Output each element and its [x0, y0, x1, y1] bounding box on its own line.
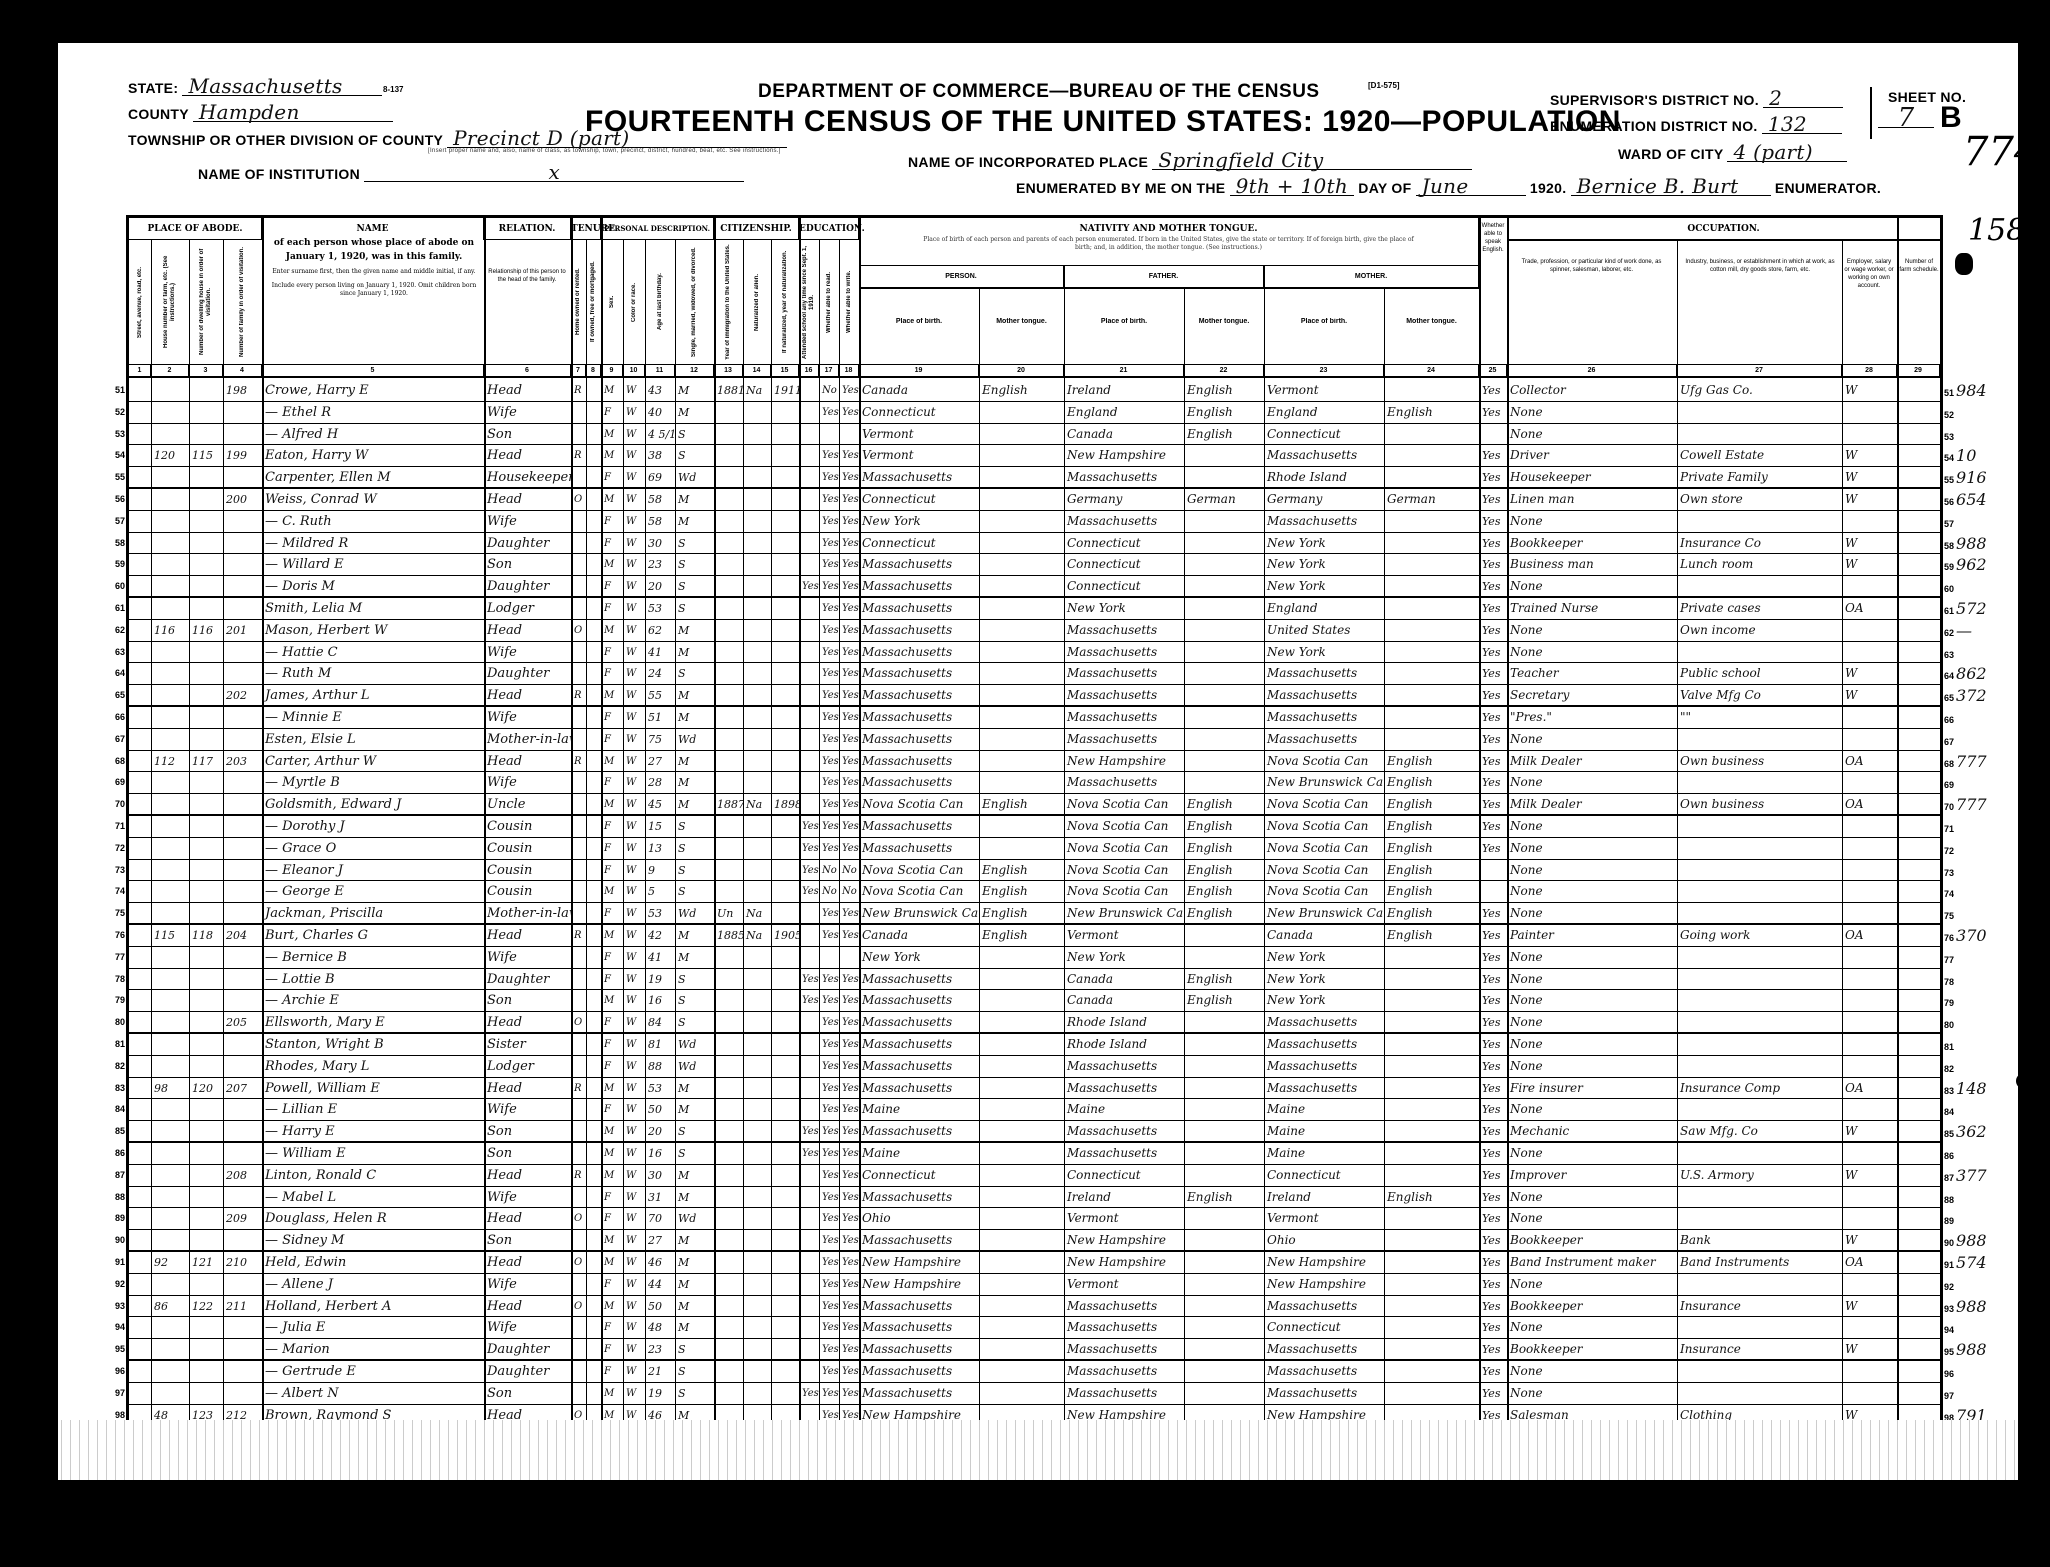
cell-fpob: New Hampshire	[1064, 445, 1184, 466]
right-line-number: 96	[1944, 1361, 2020, 1385]
cell-nat	[743, 1296, 771, 1317]
cell-school: Yes	[799, 860, 819, 881]
cell-nat	[743, 554, 771, 575]
cell-mtongue	[1384, 990, 1479, 1011]
header-c4: Number of family in order of visitation.	[224, 242, 261, 362]
cell-mpob: Maine	[1264, 1099, 1384, 1120]
cell-write: Yes	[839, 1056, 859, 1077]
cell-school	[799, 402, 819, 423]
cell-marital: S	[675, 881, 714, 902]
cell-read: Yes	[819, 576, 839, 596]
cell-speak: Yes	[1479, 1034, 1507, 1055]
cell-age: 27	[645, 1230, 675, 1250]
cell-mpob: Germany	[1264, 489, 1384, 510]
cell-age: 53	[645, 598, 675, 619]
cell-house	[151, 1208, 189, 1229]
cell-occ: None	[1507, 1012, 1677, 1032]
cell-marital: S	[675, 424, 714, 445]
cell-pob: Massachusetts	[859, 467, 979, 487]
column-number: 16	[799, 365, 819, 377]
cell-write: Yes	[839, 772, 859, 793]
cell-natyr	[771, 424, 799, 445]
right-line-number: 57	[1944, 511, 2020, 535]
column-number: 14	[743, 365, 771, 377]
cell-tongue	[979, 511, 1064, 532]
cell-age: 27	[645, 751, 675, 772]
mother-tongue-header: Mother tongue.	[1384, 318, 1479, 325]
cell-emp: W	[1842, 533, 1897, 554]
cell-age: 23	[645, 554, 675, 575]
cell-speak: Yes	[1479, 1121, 1507, 1141]
cell-name: — Doris M	[262, 576, 484, 596]
cell-tongue	[979, 685, 1064, 705]
nativity-divider	[859, 288, 1479, 289]
right-line-number: 64862	[1944, 663, 2020, 687]
cell-immig	[714, 1056, 743, 1077]
cell-relation: Wife	[484, 1187, 571, 1208]
cell-emp: W	[1842, 685, 1897, 705]
right-line-number: 55916	[1944, 467, 2020, 491]
cell-read: Yes	[819, 1208, 839, 1229]
table-row: 75Jackman, PriscillaMother-in-lawFW53WdU…	[129, 903, 1940, 925]
cell-school	[799, 642, 819, 663]
line-number-right: 79	[1944, 998, 1954, 1008]
cell-tenure	[571, 903, 586, 923]
cell-natyr	[771, 1143, 799, 1164]
cell-sex: M	[601, 794, 623, 814]
cell-race: W	[623, 1208, 645, 1229]
cell-immig	[714, 772, 743, 793]
cell-occ: None	[1507, 620, 1677, 641]
cell-read: Yes	[819, 1078, 839, 1099]
table-row: 58— Mildred RDaughterFW30SYesYesConnecti…	[129, 533, 1940, 555]
trade-header: Trade, profession, or particular kind of…	[1514, 258, 1669, 274]
cell-mtongue	[1384, 1383, 1479, 1404]
cell-house	[151, 402, 189, 423]
line-number-right: 69	[1944, 780, 1954, 790]
cell-read: Yes	[819, 1230, 839, 1250]
cell-race: W	[623, 1296, 645, 1317]
cell-tongue	[979, 1383, 1064, 1404]
punch-hole-mark	[2016, 1073, 2032, 1089]
cell-school	[799, 903, 819, 923]
cell-speak: Yes	[1479, 969, 1507, 990]
cell-family	[223, 1121, 262, 1141]
cell-school	[799, 1208, 819, 1229]
cell-school: Yes	[799, 1143, 819, 1164]
cell-emp	[1842, 772, 1897, 793]
cell-mpob: England	[1264, 598, 1384, 619]
cell-tenure	[571, 402, 586, 423]
cell-occ: None	[1507, 729, 1677, 750]
cell-dwelling	[189, 1317, 223, 1338]
cell-tenure	[571, 1034, 586, 1055]
cell-relation: Mother-in-law	[484, 729, 571, 750]
cell-immig	[714, 1339, 743, 1359]
cell-age: 50	[645, 1099, 675, 1120]
cell-nat	[743, 511, 771, 532]
cell-pob: Massachusetts	[859, 1296, 979, 1317]
cell-natyr	[771, 1208, 799, 1229]
cell-fpob: New Brunswick Can	[1064, 903, 1184, 923]
cell-family	[223, 1317, 262, 1338]
line-number-right: 68	[1944, 759, 1954, 769]
cell-immig	[714, 1078, 743, 1099]
form-number: 8-137	[383, 85, 403, 94]
cell-read: No	[819, 881, 839, 902]
cell-fpob: England	[1064, 402, 1184, 423]
cell-natyr	[771, 990, 799, 1011]
cell-fpob: Vermont	[1064, 1274, 1184, 1295]
cell-ind	[1677, 729, 1842, 750]
cell-ftongue	[1184, 554, 1264, 575]
cell-race: W	[623, 402, 645, 423]
line-number: 52	[105, 402, 125, 423]
cell-tenure	[571, 1383, 586, 1404]
cell-tenure: R	[571, 925, 586, 946]
cell-nat	[743, 947, 771, 968]
right-line-number: 86	[1944, 1143, 2020, 1167]
enumeration-district-field: ENUMERATION DISTRICT NO. 132	[1550, 115, 1842, 134]
cell-pob: Connecticut	[859, 1165, 979, 1186]
cell-emp	[1842, 881, 1897, 902]
cell-ftongue	[1184, 707, 1264, 728]
cell-tongue	[979, 1056, 1064, 1077]
cell-sex: M	[601, 1383, 623, 1404]
header-c10: Color or race.	[624, 242, 644, 362]
cell-tenure	[571, 1317, 586, 1338]
cell-house	[151, 816, 189, 837]
cell-relation: Son	[484, 1230, 571, 1250]
cell-mpob: Maine	[1264, 1121, 1384, 1141]
cell-occ: None	[1507, 1274, 1677, 1295]
header-c8: If owned, free or mortgaged.	[587, 242, 600, 362]
occupation-code: 377	[1956, 1166, 1987, 1185]
occupation-code: 10	[1956, 446, 1976, 465]
column-number: 15	[771, 365, 799, 377]
cell-speak: Yes	[1479, 445, 1507, 466]
cell-dwelling	[189, 424, 223, 445]
cell-tenure	[571, 1230, 586, 1250]
cell-name: — Archie E	[262, 990, 484, 1011]
cell-fpob: Canada	[1064, 969, 1184, 990]
cell-pob: Vermont	[859, 424, 979, 445]
cell-read: Yes	[819, 685, 839, 705]
cell-relation: Head	[484, 1078, 571, 1099]
cell-dwelling	[189, 816, 223, 837]
cell-mtongue: English	[1384, 751, 1479, 772]
group-nativity: NATIVITY AND MOTHER TONGUE. Place of bir…	[859, 218, 1479, 266]
cell-mpob: Massachusetts	[1264, 511, 1384, 532]
right-line-number: 69	[1944, 772, 2020, 796]
line-number-right: 85	[1944, 1129, 1954, 1139]
incorporated-label: NAME OF INCORPORATED PLACE	[908, 154, 1148, 170]
cell-read: Yes	[819, 772, 839, 793]
cell-immig	[714, 1143, 743, 1164]
cell-age: 75	[645, 729, 675, 750]
cell-read: Yes	[819, 1165, 839, 1186]
cell-family	[223, 860, 262, 881]
cell-natyr	[771, 489, 799, 510]
header-c14: Naturalized or alien.	[744, 242, 770, 362]
cell-immig	[714, 620, 743, 641]
cell-immig	[714, 1252, 743, 1273]
cell-family	[223, 663, 262, 684]
cell-immig	[714, 576, 743, 596]
cell-house	[151, 729, 189, 750]
right-line-number: 59962	[1944, 554, 2020, 578]
table-row: 89209Douglass, Helen RHeadOFW70WdYesYesO…	[129, 1208, 1940, 1230]
cell-write: Yes	[839, 1165, 859, 1186]
incorporated-place-field: NAME OF INCORPORATED PLACE Springfield C…	[908, 151, 1472, 170]
table-row: 8398120207Powell, William EHeadRMW53MYes…	[129, 1078, 1940, 1100]
table-row: 77— Bernice BWifeFW41MNew YorkNew YorkNe…	[129, 947, 1940, 969]
cell-house	[151, 1339, 189, 1359]
cell-pob: Massachusetts	[859, 1187, 979, 1208]
cell-race: W	[623, 576, 645, 596]
cell-ind	[1677, 816, 1842, 837]
cell-read: Yes	[819, 729, 839, 750]
cell-write: Yes	[839, 620, 859, 641]
cell-ftongue: English	[1184, 903, 1264, 923]
line-number-right: 67	[1944, 737, 1954, 747]
cell-school	[799, 380, 819, 401]
cell-age: 15	[645, 816, 675, 837]
cell-race: W	[623, 772, 645, 793]
mother-pob-header: Place of birth.	[1264, 318, 1384, 325]
cell-nat	[743, 489, 771, 510]
cell-marital: M	[675, 380, 714, 401]
cell-natyr	[771, 445, 799, 466]
line-number-right: 71	[1944, 824, 1954, 834]
cell-immig	[714, 402, 743, 423]
table-row: 67Esten, Elsie LMother-in-lawFW75WdYesYe…	[129, 729, 1940, 751]
cell-speak: Yes	[1479, 1274, 1507, 1295]
cell-tenure: R	[571, 445, 586, 466]
cell-occ: None	[1507, 424, 1677, 445]
cell-pob: Massachusetts	[859, 1317, 979, 1338]
table-row: 70Goldsmith, Edward JUncleMW45M1887Na189…	[129, 794, 1940, 816]
cell-tenure	[571, 576, 586, 596]
cell-write: Yes	[839, 685, 859, 705]
cell-ftongue	[1184, 467, 1264, 487]
cell-school: Yes	[799, 816, 819, 837]
department-title: DEPARTMENT OF COMMERCE—BUREAU OF THE CEN…	[758, 81, 1320, 103]
cell-write: Yes	[839, 1230, 859, 1250]
cell-dwelling	[189, 685, 223, 705]
cell-name: Carpenter, Ellen M	[262, 467, 484, 487]
cell-school	[799, 489, 819, 510]
cell-emp: W	[1842, 1121, 1897, 1141]
column-number: 6	[484, 365, 571, 377]
cell-nat	[743, 533, 771, 554]
table-row: 78— Lottie BDaughterFW19SYesYesYesMassac…	[129, 969, 1940, 991]
cell-ind	[1677, 1056, 1842, 1077]
cell-relation: Head	[484, 445, 571, 466]
cell-natyr	[771, 860, 799, 881]
line-number: 90	[105, 1230, 125, 1251]
cell-sex: F	[601, 467, 623, 487]
cell-emp	[1842, 1383, 1897, 1404]
cell-race: W	[623, 489, 645, 510]
cell-natyr	[771, 1252, 799, 1273]
cell-race: W	[623, 903, 645, 923]
cell-read: Yes	[819, 1274, 839, 1295]
header-c25: Whether able to speak English.	[1481, 222, 1505, 254]
cell-pob: Massachusetts	[859, 1230, 979, 1250]
cell-ftongue: English	[1184, 860, 1264, 881]
scan-edge-noise	[58, 1420, 2018, 1480]
cell-tenure	[571, 772, 586, 793]
cell-emp: OA	[1842, 794, 1897, 814]
cell-emp	[1842, 620, 1897, 641]
cell-mtongue: English	[1384, 772, 1479, 793]
cell-name: James, Arthur L	[262, 685, 484, 705]
cell-fpob: Massachusetts	[1064, 663, 1184, 684]
right-line-number: 68777	[1944, 751, 2020, 775]
cell-tongue	[979, 1099, 1064, 1120]
cell-age: 48	[645, 1317, 675, 1338]
cell-read: Yes	[819, 445, 839, 466]
line-number-right: 78	[1944, 977, 1954, 987]
cell-fpob: Massachusetts	[1064, 1361, 1184, 1382]
cell-sex: M	[601, 1252, 623, 1273]
cell-sex: F	[601, 903, 623, 923]
cell-mpob: New York	[1264, 642, 1384, 663]
occupation-code: 862	[1956, 664, 1987, 683]
cell-sex: F	[601, 1274, 623, 1295]
cell-school	[799, 1339, 819, 1359]
cell-tenure	[571, 990, 586, 1011]
cell-school	[799, 598, 819, 619]
cell-age: 58	[645, 489, 675, 510]
cell-family: 204	[223, 925, 262, 946]
cell-mtongue: English	[1384, 1187, 1479, 1208]
cell-tongue	[979, 1274, 1064, 1295]
cell-house: 120	[151, 445, 189, 466]
cell-ind: Private cases	[1677, 598, 1842, 619]
line-number: 59	[105, 554, 125, 575]
cell-name: — Myrtle B	[262, 772, 484, 793]
line-number: 51	[105, 380, 125, 401]
cell-mpob: Canada	[1264, 925, 1384, 946]
right-line-number: 82	[1944, 1056, 2020, 1080]
line-number: 75	[105, 903, 125, 924]
cell-house	[151, 1383, 189, 1404]
right-line-number: 61572	[1944, 598, 2020, 622]
cell-read: Yes	[819, 794, 839, 814]
table-row: 85— Harry ESonMW20SYesYesYesMassachusett…	[129, 1121, 1940, 1143]
header-text: House number or farm, etc. (See instruct…	[163, 242, 177, 362]
cell-age: 53	[645, 903, 675, 923]
cell-house	[151, 576, 189, 596]
cell-tongue	[979, 729, 1064, 750]
cell-sex: F	[601, 860, 623, 881]
cell-natyr	[771, 816, 799, 837]
cell-pob: Massachusetts	[859, 707, 979, 728]
cell-nat	[743, 467, 771, 487]
column-number: 24	[1384, 365, 1479, 377]
cell-age: 45	[645, 794, 675, 814]
cell-age: 28	[645, 772, 675, 793]
cell-write: Yes	[839, 1317, 859, 1338]
cell-race: W	[623, 1099, 645, 1120]
cell-nat	[743, 881, 771, 902]
cell-relation: Head	[484, 489, 571, 510]
cell-immig	[714, 1361, 743, 1382]
cell-nat	[743, 1317, 771, 1338]
cell-occ: Milk Dealer	[1507, 794, 1677, 814]
cell-speak: Yes	[1479, 620, 1507, 641]
cell-dwelling	[189, 642, 223, 663]
cell-marital: S	[675, 1121, 714, 1141]
cell-speak: Yes	[1479, 663, 1507, 684]
cell-dwelling: 122	[189, 1296, 223, 1317]
cell-occ: Improver	[1507, 1165, 1677, 1186]
cell-relation: Daughter	[484, 533, 571, 554]
cell-pob: Massachusetts	[859, 990, 979, 1011]
cell-fpob: Massachusetts	[1064, 1056, 1184, 1077]
cell-speak: Yes	[1479, 1317, 1507, 1338]
cell-fpob: Canada	[1064, 990, 1184, 1011]
cell-fpob: Nova Scotia Can	[1064, 860, 1184, 881]
cell-emp	[1842, 1208, 1897, 1229]
cell-tongue	[979, 707, 1064, 728]
cell-dwelling	[189, 794, 223, 814]
cell-dwelling	[189, 1012, 223, 1032]
cell-emp	[1842, 1274, 1897, 1295]
cell-read	[819, 424, 839, 445]
cell-family: 203	[223, 751, 262, 772]
cell-race: W	[623, 1121, 645, 1141]
cell-race: W	[623, 1143, 645, 1164]
cell-speak: Yes	[1479, 947, 1507, 968]
cell-emp	[1842, 1056, 1897, 1077]
cell-occ: Mechanic	[1507, 1121, 1677, 1141]
cell-mpob: Massachusetts	[1264, 1296, 1384, 1317]
cell-write: Yes	[839, 969, 859, 990]
cell-tenure: R	[571, 751, 586, 772]
cell-sex: F	[601, 663, 623, 684]
cell-nat	[743, 1121, 771, 1141]
cell-dwelling	[189, 1056, 223, 1077]
cell-dwelling	[189, 467, 223, 487]
person-pob-header: Place of birth.	[859, 318, 979, 325]
cell-house	[151, 881, 189, 902]
line-number: 70	[105, 794, 125, 815]
right-line-number: 89	[1944, 1208, 2020, 1232]
cell-age: 69	[645, 467, 675, 487]
cell-ind: Cowell Estate	[1677, 445, 1842, 466]
cell-read: Yes	[819, 489, 839, 510]
cell-family	[223, 794, 262, 814]
cell-tenure: O	[571, 1012, 586, 1032]
cell-ind: Insurance Co	[1677, 533, 1842, 554]
cell-relation: Cousin	[484, 816, 571, 837]
cell-fpob: Massachusetts	[1064, 1143, 1184, 1164]
cell-family	[223, 990, 262, 1011]
cell-dwelling	[189, 576, 223, 596]
cell-mpob: Nova Scotia Can	[1264, 794, 1384, 814]
cell-marital: M	[675, 402, 714, 423]
cell-dwelling	[189, 598, 223, 619]
cell-school	[799, 511, 819, 532]
cell-name: — Bernice B	[262, 947, 484, 968]
cell-house	[151, 1099, 189, 1120]
cell-read: Yes	[819, 969, 839, 990]
cell-tenure	[571, 467, 586, 487]
line-number: 65	[105, 685, 125, 706]
